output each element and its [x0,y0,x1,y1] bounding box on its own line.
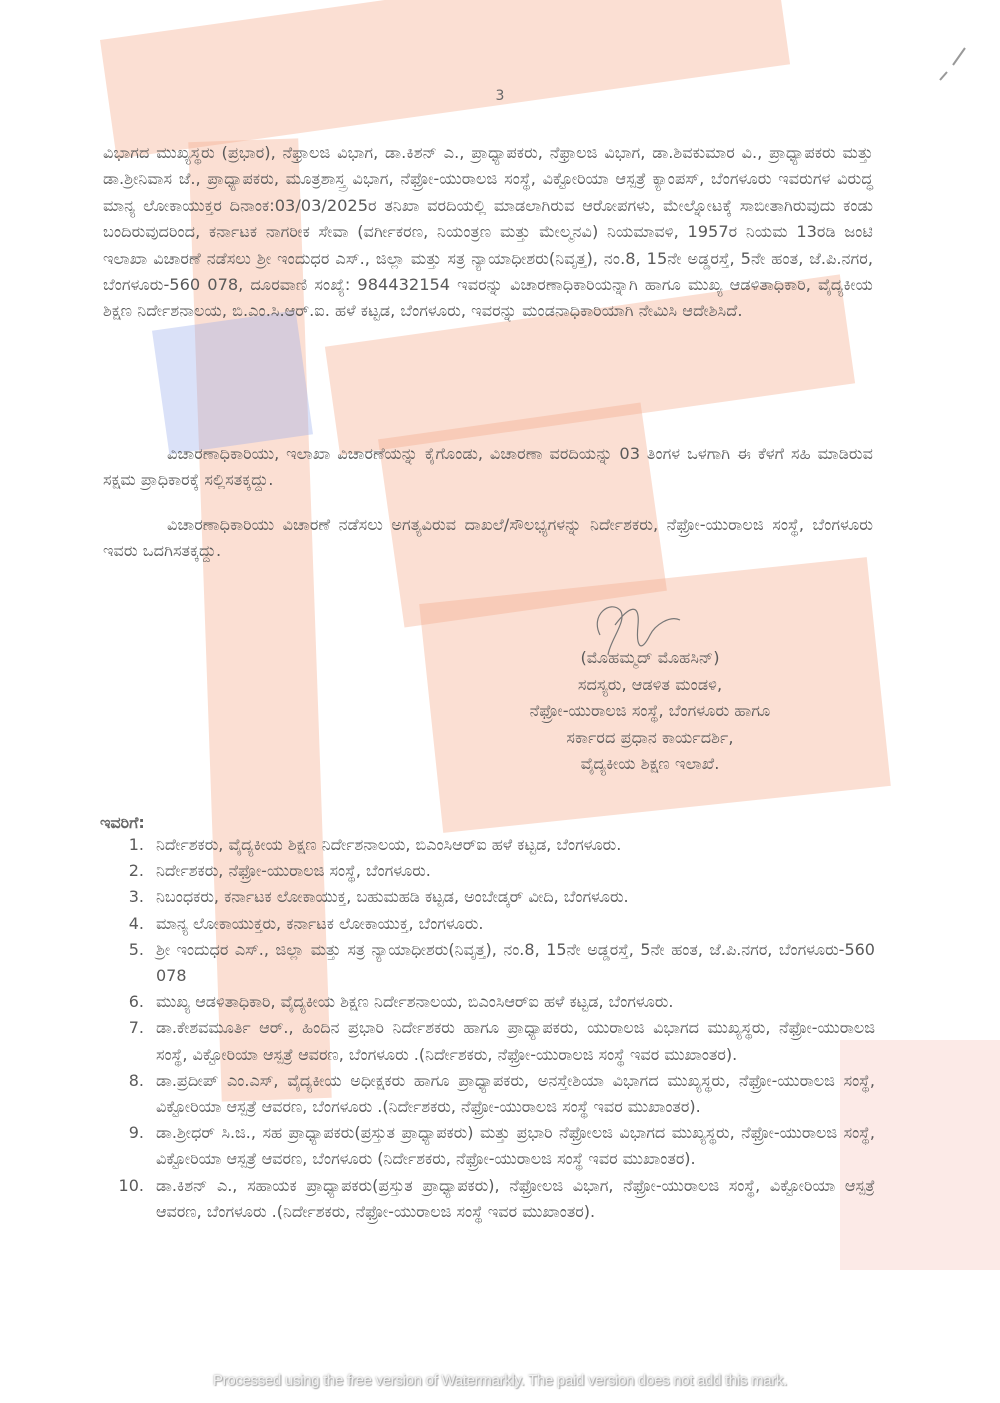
inquiry-report-paragraph: ವಿಚಾರಣಾಧಿಕಾರಿಯು, ಇಲಾಖಾ ವಿಚಾರಣೆಯನ್ನು ಕೈಗೊ… [103,441,873,494]
list-item-number: 9. [100,1120,156,1172]
list-item-number: 6. [100,989,156,1015]
list-item: 8.ಡಾ.ಪ್ರದೀಪ್ ಎಂ.ಎಸ್, ವೈದ್ಯಕೀಯ ಅಧೀಕ್ಷಕರು … [100,1068,875,1120]
list-item-text: ನಿರ್ದೇಶಕರು, ವೈದ್ಯಕೀಯ ಶಿಕ್ಷಣ ನಿರ್ದೇಶನಾಲಯ,… [156,832,875,858]
list-item: 10.ಡಾ.ಕಿಶನ್ ಎ., ಸಹಾಯಕ ಪ್ರಾಧ್ಯಾಪಕರು(ಪ್ರಸ್… [100,1173,875,1225]
list-item: 4.ಮಾನ್ಯ ಲೋಕಾಯುಕ್ತರು, ಕರ್ನಾಟಕ ಲೋಕಾಯುಕ್ತ, … [100,911,875,937]
list-item-text: ನಿಬಂಧಕರು, ಕರ್ನಾಟಕ ಲೋಕಾಯುಕ್ತ, ಬಹುಮಹಡಿ ಕಟ್… [156,884,875,910]
list-item-number: 1. [100,832,156,858]
list-item: 1.ನಿರ್ದೇಶಕರು, ವೈದ್ಯಕೀಯ ಶಿಕ್ಷಣ ನಿರ್ದೇಶನಾಲ… [100,832,875,858]
list-item: 9.ಡಾ.ಶ್ರೀಧರ್ ಸಿ.ಜಿ., ಸಹ ಪ್ರಾಧ್ಯಾಪಕರು(ಪ್ರ… [100,1120,875,1172]
list-item-number: 7. [100,1015,156,1067]
list-item-text: ಮಾನ್ಯ ಲೋಕಾಯುಕ್ತರು, ಕರ್ನಾಟಕ ಲೋಕಾಯುಕ್ತ, ಬೆ… [156,911,875,937]
list-item-text: ಡಾ.ಕೇಶವಮೂರ್ತಿ ಆರ್., ಹಿಂದಿನ ಪ್ರಭಾರಿ ನಿರ್ದ… [156,1015,875,1067]
list-item: 6.ಮುಖ್ಯ ಆಡಳಿತಾಧಿಕಾರಿ, ವೈದ್ಯಕೀಯ ಶಿಕ್ಷಣ ನಿ… [100,989,875,1015]
signatory-title-2: ನೆಫ್ರೋ-ಯುರಾಲಜಿ ಸಂಸ್ಥೆ, ಬೆಂಗಳೂರು ಹಾಗೂ [440,698,860,725]
list-item-text: ಡಾ.ಪ್ರದೀಪ್ ಎಂ.ಎಸ್, ವೈದ್ಯಕೀಯ ಅಧೀಕ್ಷಕರು ಹಾ… [156,1068,875,1120]
list-item-number: 3. [100,884,156,910]
recipients-list: 1.ನಿರ್ದೇಶಕರು, ವೈದ್ಯಕೀಯ ಶಿಕ್ಷಣ ನಿರ್ದೇಶನಾಲ… [100,832,875,1225]
signatory-name: (ಮೊಹಮ್ಮದ್ ಮೊಹಸಿನ್) [440,645,860,672]
document-page: 3 ವಿಭಾಗದ ಮುಖ್ಯಸ್ಥರು (ಪ್ರಭಾರ), ನೆಫ್ರಾಲಜಿ … [0,0,1000,1403]
signatory-title-3: ಸರ್ಕಾರದ ಪ್ರಧಾನ ಕಾರ್ಯದರ್ಶಿ, [440,725,860,752]
list-item-text: ಡಾ.ಕಿಶನ್ ಎ., ಸಹಾಯಕ ಪ್ರಾಧ್ಯಾಪಕರು(ಪ್ರಸ್ತುತ… [156,1173,875,1225]
recipients-label: ಇವರಿಗೆ: [100,813,145,833]
list-item-text: ಶ್ರೀ ಇಂದುಧರ ಎಸ್., ಜಿಲ್ಲಾ ಮತ್ತು ಸತ್ರ ನ್ಯಾ… [156,937,875,989]
watermarkly-footer: Processed using the free version of Wate… [0,1372,1000,1389]
list-item: 7.ಡಾ.ಕೇಶವಮೂರ್ತಿ ಆರ್., ಹಿಂದಿನ ಪ್ರಭಾರಿ ನಿರ… [100,1015,875,1067]
page-number: 3 [0,88,1000,104]
list-item: 2.ನಿರ್ದೇಶಕರು, ನೆಫ್ರೋ-ಯುರಾಲಜಿ ಸಂಸ್ಥೆ, ಬೆಂ… [100,858,875,884]
list-item-number: 2. [100,858,156,884]
signatory-title-4: ವೈದ್ಯಕೀಯ ಶಿಕ್ಷಣ ಇಲಾಖೆ. [440,751,860,778]
list-item-number: 10. [100,1173,156,1225]
signature-block: (ಮೊಹಮ್ಮದ್ ಮೊಹಸಿನ್) ಸದಸ್ಯರು, ಆಡಳಿತ ಮಂಡಳಿ,… [440,645,860,778]
list-item-text: ಮುಖ್ಯ ಆಡಳಿತಾಧಿಕಾರಿ, ವೈದ್ಯಕೀಯ ಶಿಕ್ಷಣ ನಿರ್… [156,989,875,1015]
list-item-text: ನಿರ್ದೇಶಕರು, ನೆಫ್ರೋ-ಯುರಾಲಜಿ ಸಂಸ್ಥೆ, ಬೆಂಗಳ… [156,858,875,884]
list-item-number: 5. [100,937,156,989]
corner-pen-mark-icon [935,40,975,85]
list-item: 5.ಶ್ರೀ ಇಂದುಧರ ಎಸ್., ಜಿಲ್ಲಾ ಮತ್ತು ಸತ್ರ ನ್… [100,937,875,989]
list-item: 3.ನಿಬಂಧಕರು, ಕರ್ನಾಟಕ ಲೋಕಾಯುಕ್ತ, ಬಹುಮಹಡಿ ಕ… [100,884,875,910]
order-paragraph: ವಿಭಾಗದ ಮುಖ್ಯಸ್ಥರು (ಪ್ರಭಾರ), ನೆಫ್ರಾಲಜಿ ವಿ… [103,140,873,325]
signatory-title-1: ಸದಸ್ಯರು, ಆಡಳಿತ ಮಂಡಳಿ, [440,672,860,699]
list-item-number: 8. [100,1068,156,1120]
list-item-number: 4. [100,911,156,937]
list-item-text: ಡಾ.ಶ್ರೀಧರ್ ಸಿ.ಜಿ., ಸಹ ಪ್ರಾಧ್ಯಾಪಕರು(ಪ್ರಸ್… [156,1120,875,1172]
facilities-paragraph: ವಿಚಾರಣಾಧಿಕಾರಿಯು ವಿಚಾರಣೆ ನಡೆಸಲು ಅಗತ್ಯವಿರು… [103,512,873,565]
